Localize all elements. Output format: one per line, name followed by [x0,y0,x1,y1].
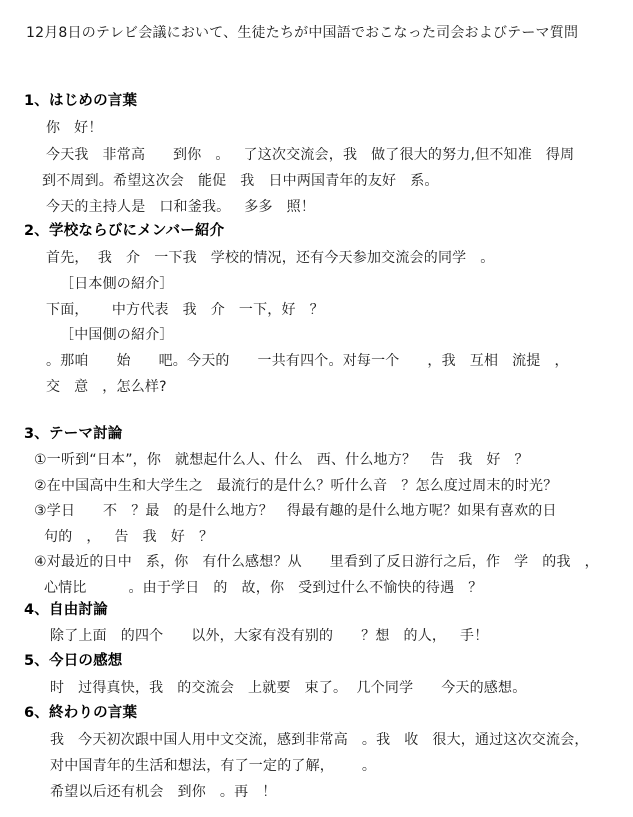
section-3-question-1: ①一听到“日本”，你 就想起什么人、什么 西、什么地方？ 告 我 好 ？ [34,451,529,469]
section-heading-todays-impressions: 5、今日の感想 [24,652,123,670]
section-1-line-1: 你 好！ [46,119,103,137]
section-1-line-3: 到不周到。希望这次会 能促 我 日中两国青年的友好 系。 [42,172,439,190]
section-heading-closing: 6、終わりの言葉 [24,704,137,722]
section-heading-introduction: 2、学校ならびにメンバー紹介 [24,222,224,240]
section-3-question-3: ③学日 不 ？最 的是什么地方？ 得最有趣的是什么地方呢？如果有喜欢的日 [34,502,557,520]
document-title: 12月8日のテレビ会議において、生徒たちが中国語でおこなった司会およびテーマ質問 [26,24,578,42]
section-2-china-side-label: ［中国側の紹介］ [60,326,174,344]
section-3-question-2: ②在中国高中生和大学生之 最流行的是什么？听什么音 ？怎么度过周末的时光？ [34,477,557,495]
section-1-line-4: 今天的主持人是 口和釜我。 多多 照！ [46,198,315,216]
section-6-line-1: 我 今天初次跟中国人用中文交流，感到非常高 。我 收 很大，通过这次交流会， [50,731,589,749]
section-5-line-1: 时 过得真快，我 的交流会 上就要 束了。 几个同学 今天的感想。 [50,679,526,697]
section-heading-free-discussion: 4、自由討論 [24,601,108,619]
section-3-question-3-cont: 句的 ， 告 我 好 ？ [44,528,213,546]
section-3-question-4-cont: 心情比 。由于学日 的 故，你 受到过什么不愉快的待遇 ？ [44,579,482,597]
section-2-line-1: 首先， 我 介 一下我 学校的情况，还有今天参加交流会的同学 。 [46,249,495,267]
document-page: 12月8日のテレビ会議において、生徒たちが中国語でおこなった司会およびテーマ質問… [0,0,633,817]
section-heading-theme-discussion: 3、テーマ討論 [24,425,123,443]
section-2-line-5: 。那咱 始 吧。今天的 一共有四个。对每一个 ，我 互相 流提 ， [46,352,569,370]
section-2-line-3: 下面， 中方代表 我 介 一下，好 ？ [46,301,324,319]
section-3-question-4: ④对最近的日中 系，你 有什么感想？从 里看到了反日游行之后，作 学 的我 ， [34,553,599,571]
section-1-line-2: 今天我 非常高 到你 。 了这次交流会，我 做了很大的努力,但不知准 得周 [46,146,574,164]
section-4-line-1: 除了上面 的四个 以外，大家有没有别的 ？想 的人， 手！ [50,627,488,645]
section-heading-opening: 1、はじめの言葉 [24,92,137,110]
section-2-line-6: 交 意 ，怎么样? [46,378,167,396]
section-6-line-2: 对中国青年的生活和想法，有了一定的了解， 。 [50,757,376,775]
section-6-line-3: 希望以后还有机会 到你 。再 ！ [50,783,276,801]
section-2-japan-side-label: ［日本側の紹介］ [60,275,174,293]
